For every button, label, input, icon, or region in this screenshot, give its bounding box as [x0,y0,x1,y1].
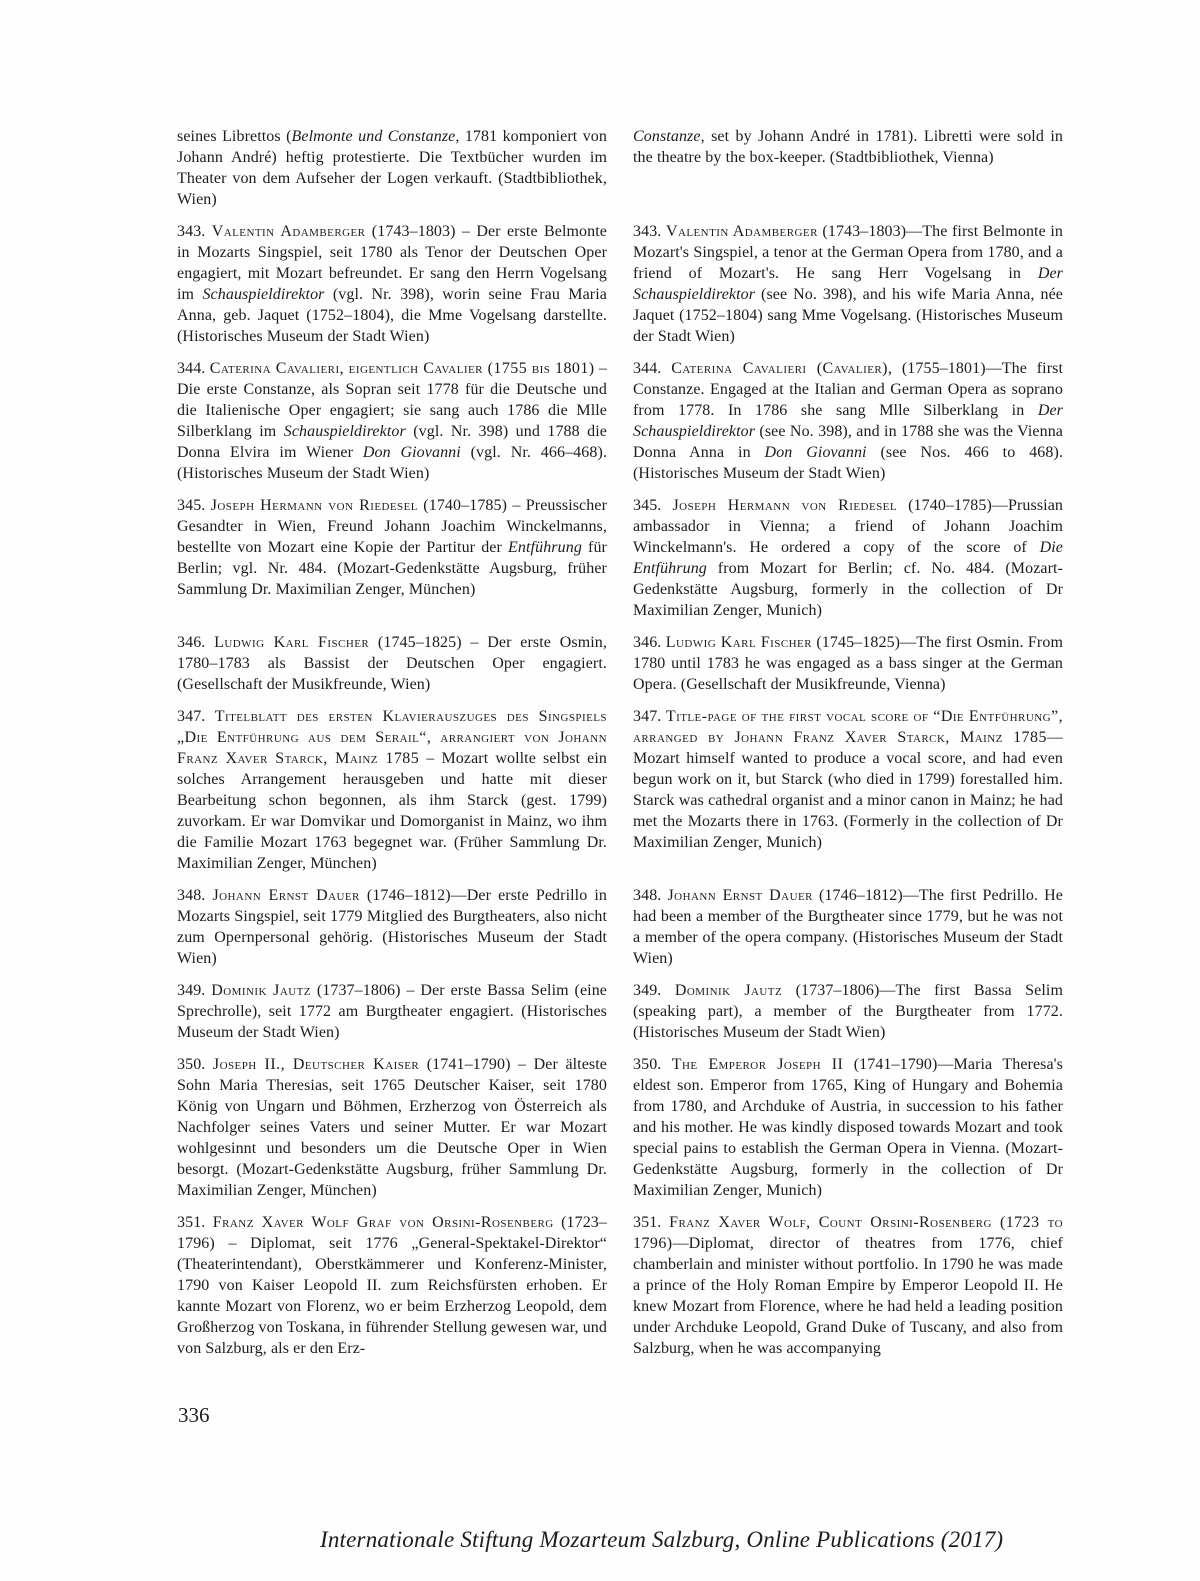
text-segment: Dominik Jautz [211,982,311,999]
entry-row: seines Librettos (Belmonte und Constanze… [177,126,1063,210]
text-segment: Schauspieldirektor [284,423,406,440]
text-segment: 351. [633,1214,669,1231]
entry-row: 346. Ludwig Karl Fischer (1745–1825) – D… [177,632,1063,695]
text-segment: Valentin Adamberger [666,223,818,240]
text-segment: 343. [177,223,212,240]
text-segment: Joseph Hermann von Riedesel [673,497,898,514]
entry-paragraph-en: 348. Johann Ernst Dauer (1746–1812)—The … [633,885,1063,969]
entry-paragraph-de: 351. Franz Xaver Wolf Graf von Orsini-Ro… [177,1212,607,1359]
text-segment: Franz Xaver Wolf Graf von Orsini-Rosenbe… [213,1214,554,1231]
text-segment: 344. [177,360,210,377]
entry-paragraph-de: 343. Valentin Adamberger (1743–1803) – D… [177,221,607,347]
entry-paragraph-de: 344. Caterina Cavalieri, eigentlich Cava… [177,358,607,484]
entries-container: seines Librettos (Belmonte und Constanze… [177,126,1063,1370]
text-segment: Caterina Cavalieri (Cavalier) [671,360,888,377]
text-segment: Belmonte und Constanze [292,128,456,145]
text-segment: Ludwig Karl Fischer [214,634,369,651]
entry-paragraph-en: 345. Joseph Hermann von Riedesel (1740–1… [633,495,1063,621]
entry-paragraph-en: 343. Valentin Adamberger (1743–1803)—The… [633,221,1063,347]
entry-row: 343. Valentin Adamberger (1743–1803) – D… [177,221,1063,347]
text-segment: 345. [633,497,673,514]
text-segment: The Emperor Joseph II [672,1056,844,1073]
text-segment: 350. [177,1056,213,1073]
text-segment: 349. [633,982,675,999]
page-number: 336 [178,1402,210,1428]
text-segment: 346. [633,634,666,651]
text-segment: Dominik Jautz [675,982,782,999]
text-segment: Johann Ernst Dauer [212,887,359,904]
text-segment: Ludwig Karl Fischer [666,634,812,651]
text-segment: —Mozart himself wanted to produce a voca… [633,729,1063,851]
text-segment: Constanze [633,128,701,145]
entry-paragraph-en: 344. Caterina Cavalieri (Cavalier), (175… [633,358,1063,484]
text-segment: Valentin Adamberger [212,223,366,240]
entry-paragraph-de: 346. Ludwig Karl Fischer (1745–1825) – D… [177,632,607,695]
text-segment: Joseph II., Deutscher Kaiser [213,1056,419,1073]
text-segment: Johann Ernst Dauer [668,887,813,904]
text-segment: 345. [177,497,211,514]
entry-paragraph-en: 346. Ludwig Karl Fischer (1745–1825)—The… [633,632,1063,695]
text-segment: 348. [177,887,212,904]
text-segment: (1723–1796) – Diplomat, seit 1776 „Gener… [177,1214,607,1357]
text-segment: Don Giovanni [765,444,867,461]
text-segment: Don Giovanni [363,444,461,461]
entry-paragraph-de: 348. Johann Ernst Dauer (1746–1812)—Der … [177,885,607,969]
entry-row: 345. Joseph Hermann von Riedesel (1740–1… [177,495,1063,621]
footer-credit: Internationale Stiftung Mozarteum Salzbu… [320,1527,1120,1553]
text-segment: Joseph Hermann von Riedesel [211,497,418,514]
entry-paragraph-de: 350. Joseph II., Deutscher Kaiser (1741–… [177,1054,607,1201]
text-segment: Entführung [508,539,582,556]
entry-paragraph-de: 345. Joseph Hermann von Riedesel (1740–1… [177,495,607,621]
entry-paragraph-en: 347. Title-page of the first vocal score… [633,706,1063,874]
text-segment: Caterina Cavalieri, eigentlich Cavalier … [210,360,595,377]
text-segment: 344. [633,360,671,377]
entry-row: 351. Franz Xaver Wolf Graf von Orsini-Ro… [177,1212,1063,1359]
entry-row: 350. Joseph II., Deutscher Kaiser (1741–… [177,1054,1063,1201]
entry-paragraph-de: 349. Dominik Jautz (1737–1806) – Der ers… [177,980,607,1043]
entry-paragraph-en: 351. Franz Xaver Wolf, Count Orsini-Rose… [633,1212,1063,1359]
text-segment: 351. [177,1214,213,1231]
entry-paragraph-en: 349. Dominik Jautz (1737–1806)—The first… [633,980,1063,1043]
entry-paragraph-en: 350. The Emperor Joseph II (1741–1790)—M… [633,1054,1063,1201]
text-segment: (1741–1790) – Der älteste Sohn Maria The… [177,1056,607,1199]
entry-paragraph-de: seines Librettos (Belmonte und Constanze… [177,126,607,210]
entry-row: 344. Caterina Cavalieri, eigentlich Cava… [177,358,1063,484]
entry-row: 349. Dominik Jautz (1737–1806) – Der ers… [177,980,1063,1043]
text-segment: 349. [177,982,211,999]
entry-paragraph-de: 347. Titelblatt des ersten Klavierauszug… [177,706,607,874]
entry-row: 348. Johann Ernst Dauer (1746–1812)—Der … [177,885,1063,969]
text-segment: Schauspieldirektor [202,286,324,303]
text-segment: 347. [177,708,215,725]
text-segment: 346. [177,634,214,651]
text-segment: 343. [633,223,666,240]
text-segment: – Mozart wollte selbst ein solches Arran… [177,750,607,872]
text-segment: Title-page of the first vocal score of “… [633,708,1063,746]
text-segment: seines Librettos ( [177,128,292,145]
entry-paragraph-en: Constanze, set by Johann André in 1781).… [633,126,1063,210]
text-segment: —Diplomat, director of theatres from 177… [633,1235,1063,1357]
entry-row: 347. Titelblatt des ersten Klavierauszug… [177,706,1063,874]
text-segment: 350. [633,1056,672,1073]
text-segment: (1741–1790)—Maria Theresa's eldest son. … [633,1056,1063,1199]
text-segment: 348. [633,887,668,904]
text-segment: 347. [633,708,666,725]
